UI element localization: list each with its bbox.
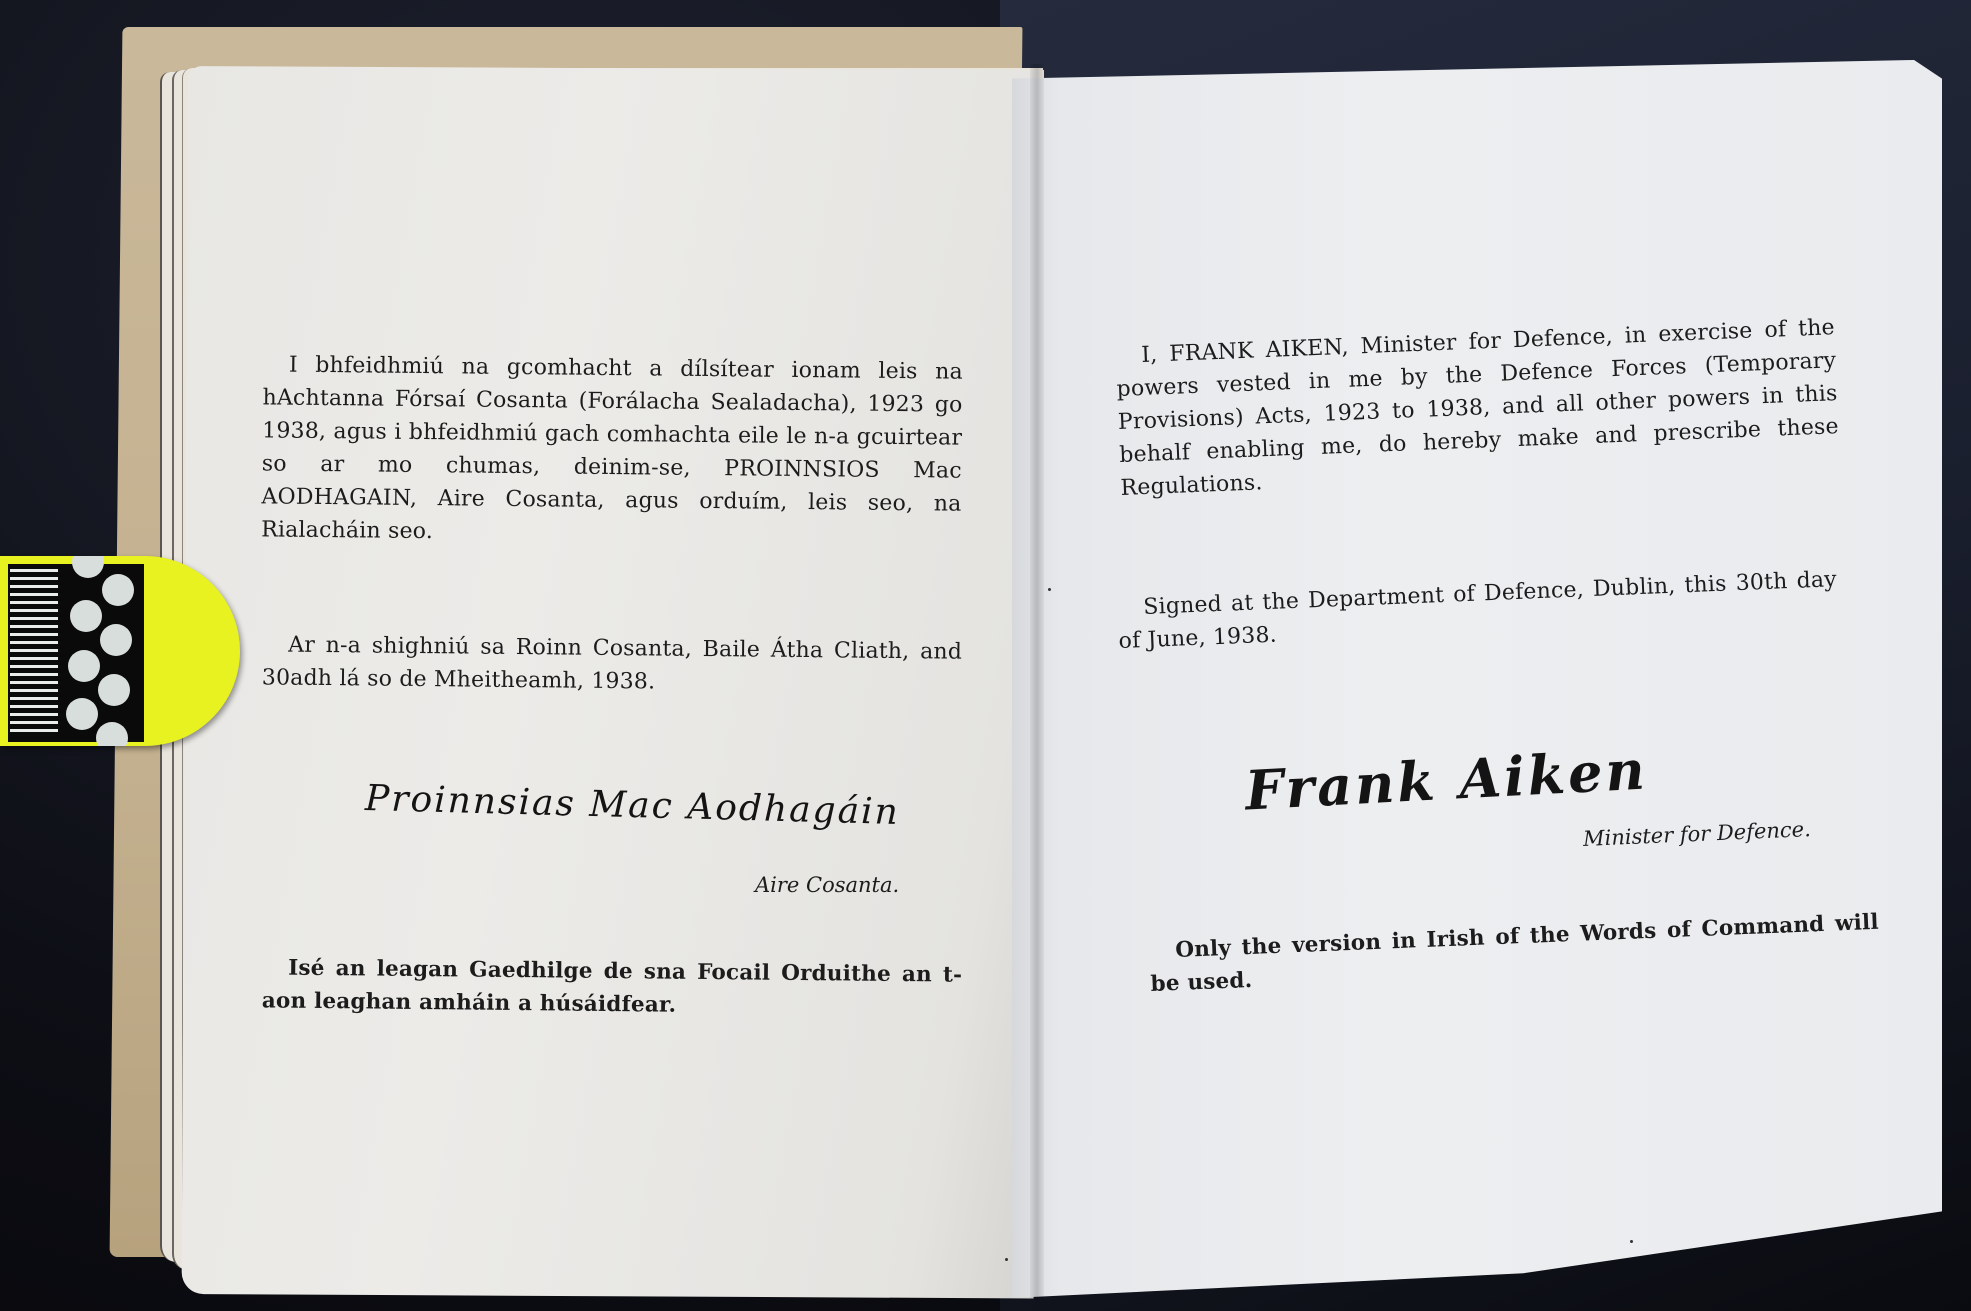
irish-signed-paragraph: Ar n-a shighniú sa Roinn Cosanta, Baile …: [262, 628, 963, 701]
right-page: [1012, 60, 1942, 1298]
paper-speck: [1630, 1240, 1633, 1243]
book-gutter: [1030, 64, 1044, 1300]
bookmark-dot: [100, 624, 132, 656]
bookmark-dot: [70, 600, 102, 632]
bookmark-dot: [98, 674, 130, 706]
paper-speck: [1048, 588, 1051, 591]
bookmark-dot: [66, 698, 98, 730]
irish-words-of-command-note: Isé an leagan Gaedhilge de sna Focail Or…: [262, 951, 963, 1024]
bookmark-dot: [102, 574, 134, 606]
irish-signature-title: Aire Cosanta.: [755, 873, 899, 897]
bookmark-dot: [96, 722, 128, 746]
irish-enactment-paragraph: I bhfeidhmiú na gcomhacht a dílsítear io…: [261, 348, 963, 553]
bookmark-dot: [68, 650, 100, 682]
bookmark-stripes: [10, 564, 58, 734]
paper-speck: [1005, 1258, 1008, 1261]
english-enactment-paragraph: I, FRANK AIKEN, Minister for Defence, in…: [1115, 311, 1841, 505]
yellow-bookmark-clip: [0, 556, 240, 746]
